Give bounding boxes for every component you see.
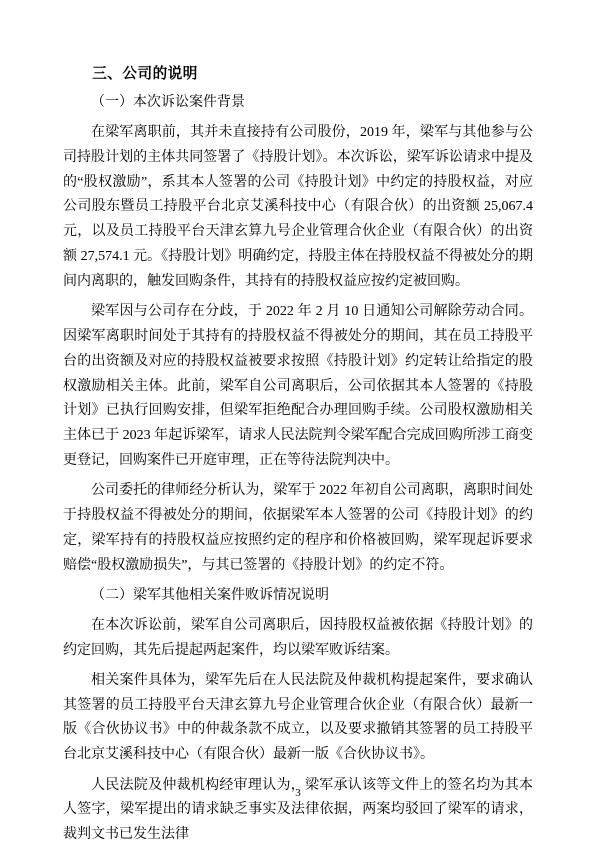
paragraph: 人民法院及仲裁机构经审理认为，梁军承认该等文件上的签名均为其本人签字，梁军提出的… (63, 774, 533, 842)
section-litigation-background: （一）本次诉讼案件背景 在梁军离职前，其并未直接持有公司股份，2019 年，梁军… (63, 91, 533, 578)
page-number: 3 (0, 786, 596, 800)
paragraph: 在梁军离职前，其并未直接持有公司股份，2019 年，梁军与其他参与公司持股计划的… (63, 121, 533, 295)
document-page: 三、公司的说明 （一）本次诉讼案件背景 在梁军离职前，其并未直接持有公司股份，2… (0, 0, 596, 842)
section-other-cases: （二）梁军其他相关案件败诉情况说明 在本次诉讼前，梁军自公司离职后，因持股权益被… (63, 584, 533, 842)
paragraph: 在本次诉讼前，梁军自公司离职后，因持股权益被依据《持股计划》的约定回购，其先后提… (63, 614, 533, 664)
document-title: 三、公司的说明 (63, 62, 533, 87)
section-heading: （一）本次诉讼案件背景 (63, 91, 533, 116)
paragraph: 公司委托的律师经分析认为，梁军于 2022 年初自公司离职，离职时间处于持股权益… (63, 479, 533, 578)
paragraph: 相关案件具体为，梁军先后在人民法院及仲裁机构提起案件，要求确认其签署的员工持股平… (63, 669, 533, 768)
paragraph: 梁军因与公司存在分歧，于 2022 年 2 月 10 日通知公司解除劳动合同。因… (63, 300, 533, 474)
section-heading: （二）梁军其他相关案件败诉情况说明 (63, 584, 533, 609)
